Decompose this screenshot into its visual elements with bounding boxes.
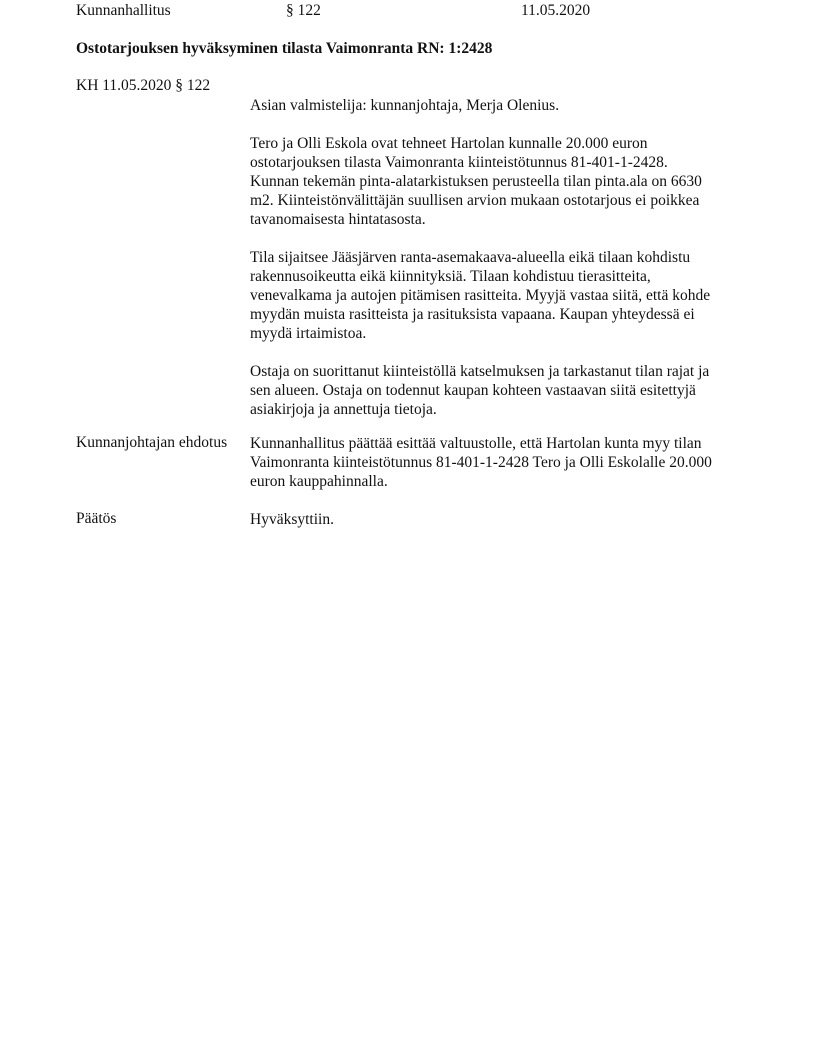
proposal-text: Kunnanhallitus päättää esittää valtuusto…: [250, 434, 750, 491]
inspection-paragraph: Ostaja on suorittanut kiinteistöllä kats…: [250, 362, 750, 419]
text-line: myydän muista rasitteista ja rasituksist…: [250, 305, 750, 324]
offer-paragraph: Tero ja Olli Eskola ovat tehneet Hartola…: [250, 134, 750, 229]
decision-label: Päätös: [76, 510, 116, 528]
meeting-reference: KH 11.05.2020 § 122: [76, 77, 210, 95]
document-title: Ostotarjouksen hyväksyminen tilasta Vaim…: [76, 40, 492, 58]
header-organ: Kunnanhallitus: [76, 2, 171, 20]
preparer-line: Asian valmistelija: kunnanjohtaja, Merja…: [250, 96, 750, 115]
header-date: 11.05.2020: [521, 2, 590, 20]
document-body: Asian valmistelija: kunnanjohtaja, Merja…: [250, 96, 750, 438]
text-line: myydä irtaimistoa.: [250, 324, 750, 343]
text-line: rakennusoikeutta eikä kiinnityksiä. Tila…: [250, 267, 750, 286]
text-line: m2. Kiinteistönvälittäjän suullisen arvi…: [250, 191, 750, 210]
header-section: § 122: [286, 2, 321, 20]
text-line: asiakirjoja ja annettuja tietoja.: [250, 400, 750, 419]
text-line: Tero ja Olli Eskola ovat tehneet Hartola…: [250, 134, 750, 153]
text-line: tavanomaisesta hintatasosta.: [250, 210, 750, 229]
text-line: sen alueen. Ostaja on todennut kaupan ko…: [250, 381, 750, 400]
preparer-paragraph: Asian valmistelija: kunnanjohtaja, Merja…: [250, 96, 750, 115]
text-line: Kunnanhallitus päättää esittää valtuusto…: [250, 434, 750, 453]
text-line: Vaimonranta kiinteistötunnus 81-401-1-24…: [250, 453, 750, 472]
text-line: Ostaja on suorittanut kiinteistöllä kats…: [250, 362, 750, 381]
text-line: ostotarjouksen tilasta Vaimonranta kiint…: [250, 153, 750, 172]
location-paragraph: Tila sijaitsee Jääsjärven ranta-asemakaa…: [250, 248, 750, 343]
decision-text: Hyväksyttiin.: [250, 510, 750, 529]
proposal-label: Kunnanjohtajan ehdotus: [76, 434, 227, 452]
text-line: venevalkama ja autojen pitämisen rasitte…: [250, 286, 750, 305]
text-line: Kunnan tekemän pinta-alatarkistuksen per…: [250, 172, 750, 191]
text-line: Tila sijaitsee Jääsjärven ranta-asemakaa…: [250, 248, 750, 267]
text-line: euron kauppahinnalla.: [250, 472, 750, 491]
